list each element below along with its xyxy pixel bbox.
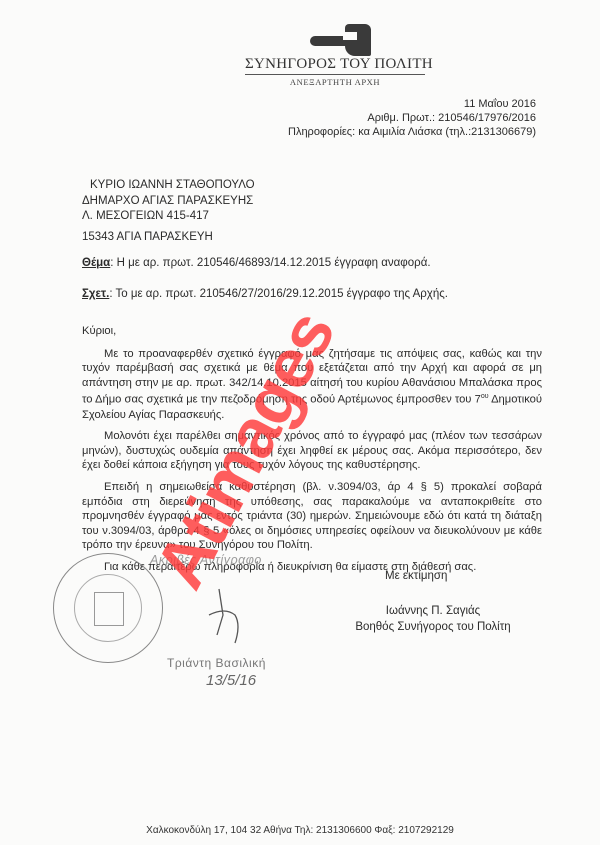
subject-text: : Η με αρ. πρωτ. 210546/46893/14.12.2015… — [110, 257, 430, 269]
signer-block: Ιωάννης Π. Σαγιάς Βοηθός Συνήγορος του Π… — [343, 603, 523, 635]
closing-regards: Με εκτίμηση — [385, 570, 447, 582]
subject-line: Θέμα: Η με αρ. πρωτ. 210546/46893/14.12.… — [82, 257, 431, 269]
recipient-address: ΚΥΡΙΟ ΙΩΑΝΝΗ ΣΤΑΘΟΠΟΥΛΟ ΔΗΜΑΡΧΟ ΑΓΙΑΣ ΠΑ… — [82, 178, 255, 245]
org-name: ΣΥΝΗΓΟΡΟΣ ΤΟΥ ΠΟΛΙΤΗ — [245, 56, 425, 75]
subject-label: Θέμα — [82, 257, 110, 269]
related-line: Σχετ.: Το με αρ. πρωτ. 210546/27/2016/29… — [82, 288, 448, 300]
official-seal-icon — [53, 553, 163, 663]
letter-date: 11 Μαΐου 2016 — [367, 97, 536, 111]
paragraph: Μολονότι έχει παρέλθει σημαντικός χρόνος… — [82, 429, 542, 473]
recipient-line: 15343 ΑΓΙΑ ΠΑΡΑΣΚΕΥΗ — [82, 230, 255, 246]
handwritten-date: 13/5/16 — [206, 672, 256, 689]
contact-info: Πληροφορίες: κα Αιμιλία Λιάσκα (τηλ.:213… — [288, 126, 536, 138]
protocol-number: Αριθμ. Πρωτ.: 210546/17976/2016 — [367, 111, 536, 125]
org-tagline: ΑΝΕΞΑΡΤΗΤΗ ΑΡΧΗ — [255, 77, 415, 87]
recipient-line: Λ. ΜΕΣΟΓΕΙΩΝ 415-417 — [82, 209, 255, 225]
signer-title: Βοηθός Συνήγορος του Πολίτη — [343, 619, 523, 635]
signer-name: Ιωάννης Π. Σαγιάς — [343, 603, 523, 619]
recipient-line: ΔΗΜΑΡΧΟ ΑΓΙΑΣ ΠΑΡΑΣΚΕΥΗΣ — [82, 194, 255, 210]
letterhead: ΣΥΝΗΓΟΡΟΣ ΤΟΥ ΠΟΛΙΤΗ ΑΝΕΞΑΡΤΗΤΗ ΑΡΧΗ — [255, 20, 415, 87]
footer-address: Χαλκοκονδύλη 17, 104 32 Αθήνα Τηλ: 21313… — [0, 825, 600, 836]
reference-block: 11 Μαΐου 2016 Αριθμ. Πρωτ.: 210546/17976… — [367, 97, 536, 125]
related-label: Σχετ. — [82, 288, 109, 300]
certifier-name: Τριάντη Βασιλική — [167, 656, 266, 670]
recipient-line: ΚΥΡΙΟ ΙΩΑΝΝΗ ΣΤΑΘΟΠΟΥΛΟ — [82, 178, 255, 194]
ombudsman-logo-icon — [255, 20, 415, 56]
letter-page: ΣΥΝΗΓΟΡΟΣ ΤΟΥ ΠΟΛΙΤΗ ΑΝΕΞΑΡΤΗΤΗ ΑΡΧΗ 11 … — [0, 0, 600, 845]
